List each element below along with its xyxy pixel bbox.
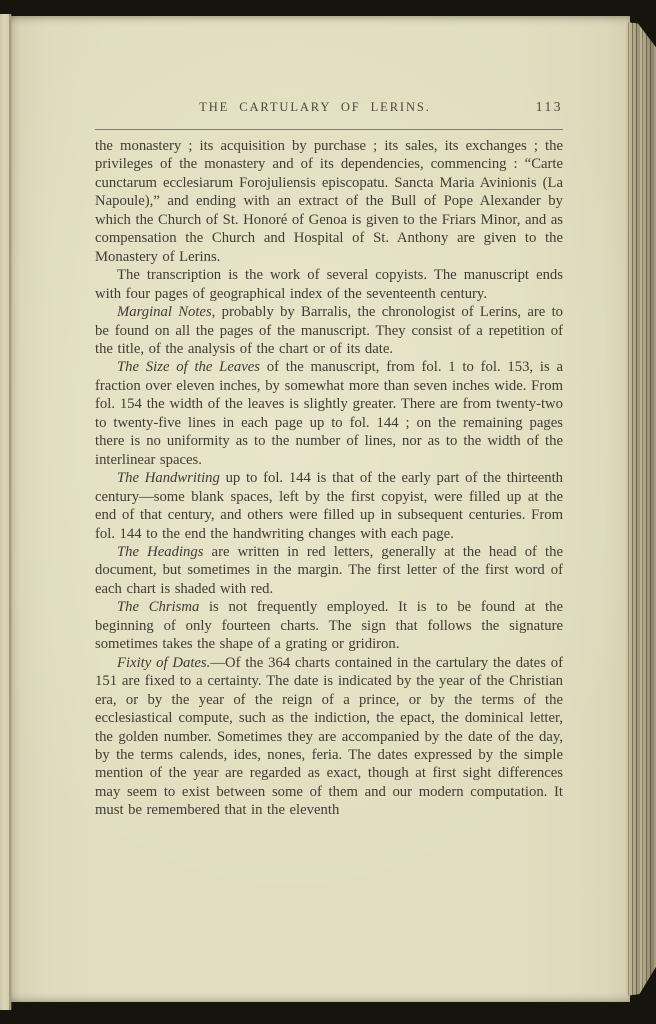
gutter-crease [9,14,12,1010]
paragraph: Fixity of Dates.—Of the 364 charts conta… [95,654,563,820]
stacked-page-edges [626,22,656,996]
scan-background: THE CARTULARY OF LERINS. 113 the monaste… [0,0,656,1024]
paragraph: The Headings are written in red letters,… [95,543,563,598]
page-number: 113 [536,99,563,115]
header-rule [95,129,563,130]
printed-text-block: THE CARTULARY OF LERINS. 113 the monaste… [95,100,563,820]
header-title: THE CARTULARY OF LERINS. [95,100,535,115]
paragraph: The transcription is the work of several… [95,266,563,303]
paragraph-lead-italic: The Size of the Leaves [117,359,260,375]
paragraph: the monastery ; its acquisition by purch… [95,137,563,266]
paragraph-lead-italic: Fixity of Dates. [117,655,210,671]
paragraph: The Chrisma is not frequently employed. … [95,598,563,653]
paragraph-lead-italic: The Handwriting [117,470,220,486]
paragraph-lead-italic: The Headings [117,544,203,560]
page-body: the monastery ; its acquisition by purch… [95,137,563,820]
paragraph-lead-italic: The Chrisma [117,599,199,615]
paragraph: The Size of the Leaves of the manuscript… [95,358,563,469]
paragraph: Marginal Notes, probably by Barralis, th… [95,303,563,358]
paragraph-lead-italic: Marginal Notes [117,304,212,320]
paragraph: The Handwriting up to fol. 144 is that o… [95,469,563,543]
running-header: THE CARTULARY OF LERINS. 113 [95,100,563,117]
